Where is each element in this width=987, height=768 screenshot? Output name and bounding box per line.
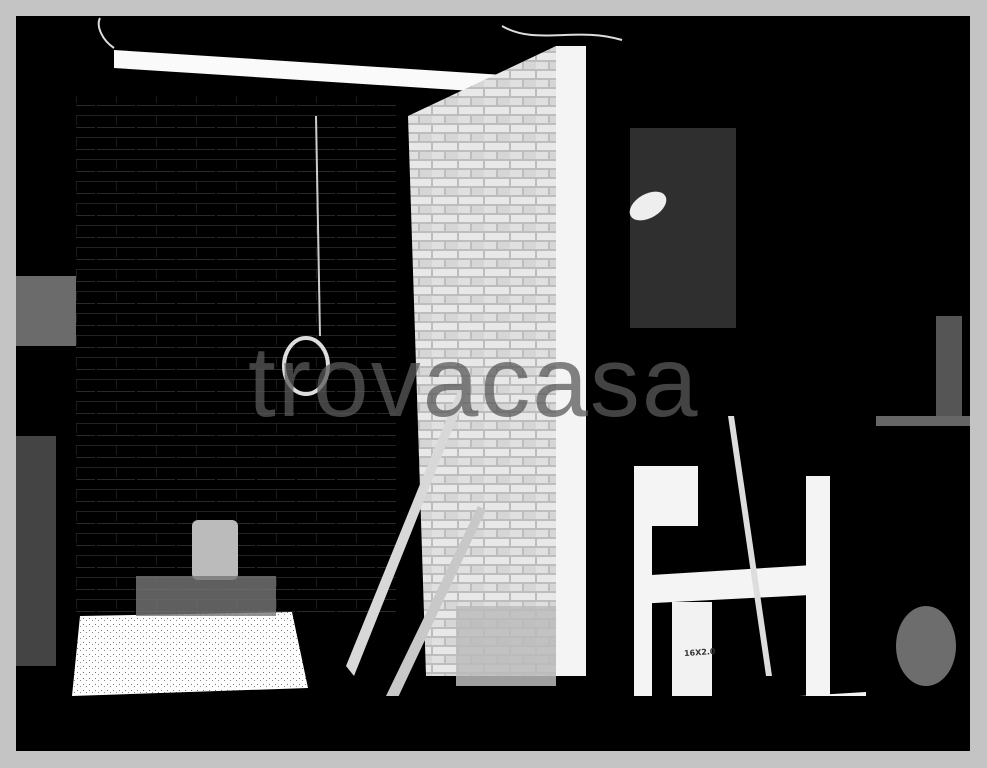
back-brick-patch	[630, 128, 736, 328]
table-cloth	[72, 612, 308, 696]
scene-illustration	[16, 16, 970, 751]
room-photo: trovacasa 16X2.0	[16, 16, 970, 751]
